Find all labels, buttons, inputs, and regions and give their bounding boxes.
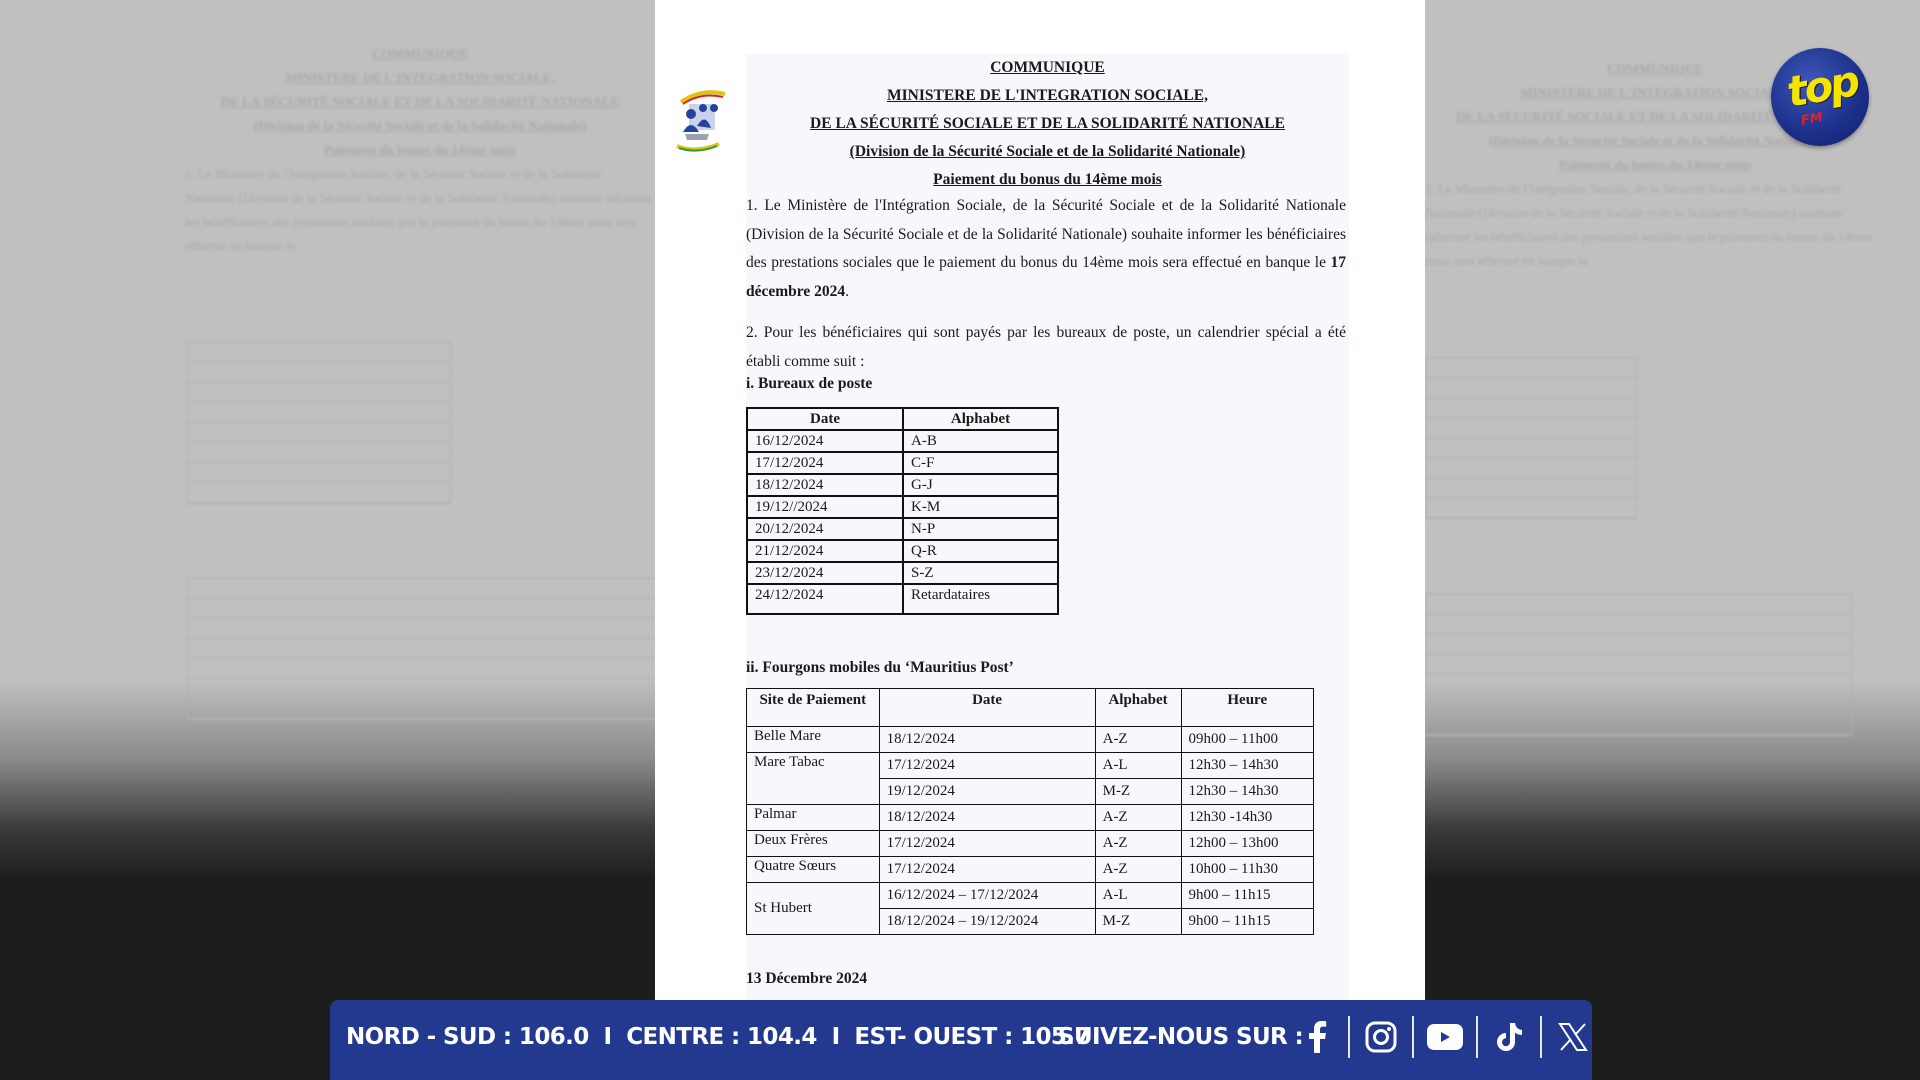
table-row: 16/12/2024A-B xyxy=(747,430,1058,452)
alphabet-cell: C-F xyxy=(903,452,1058,474)
date-cell: 17/12/2024 xyxy=(879,753,1095,779)
column-header-alphabet: Alphabet xyxy=(1095,689,1181,727)
site-cell: Deux Frères xyxy=(747,831,880,857)
date-cell: 18/12/2024 xyxy=(747,474,903,496)
ghost-line: (Division de la Sécurité Sociale et de l… xyxy=(185,114,655,138)
division-line: (Division de la Sécurité Sociale et de l… xyxy=(746,138,1349,166)
mobile-van-schedule-table: Site de Paiement Date Alphabet Heure Bel… xyxy=(746,688,1314,935)
table-row: 20/12/2024N-P xyxy=(747,518,1058,540)
post-office-schedule-table: Date Alphabet 16/12/2024A-B17/12/2024C-F… xyxy=(746,407,1059,615)
alphabet-cell: A-Z xyxy=(1095,857,1181,883)
table-row: Deux Frères17/12/2024A-Z12h00 – 13h00 xyxy=(747,831,1314,857)
heure-cell: 9h00 – 11h15 xyxy=(1181,883,1313,909)
alphabet-cell: N-P xyxy=(903,518,1058,540)
ghost-line: DE LA SÉCURITÉ SOCIALE ET DE LA SOLIDARI… xyxy=(185,90,655,114)
date-cell: 24/12/2024 xyxy=(747,584,903,614)
alphabet-cell: A-Z xyxy=(1095,727,1181,753)
alphabet-cell: M-Z xyxy=(1095,909,1181,935)
site-cell: Belle Mare xyxy=(747,727,880,753)
top-fm-logo-text: top xyxy=(1773,55,1870,119)
column-header-time: Heure xyxy=(1181,689,1313,727)
date-cell: 17/12/2024 xyxy=(879,831,1095,857)
date-cell: 17/12/2024 xyxy=(747,452,903,474)
heure-cell: 12h30 – 14h30 xyxy=(1181,779,1313,805)
column-header-alphabet: Alphabet xyxy=(903,408,1058,430)
paragraph-1-text: 1. Le Ministère de l'Intégration Sociale… xyxy=(746,197,1346,271)
date-cell: 18/12/2024 – 19/12/2024 xyxy=(879,909,1095,935)
ministry-line: MINISTERE DE L'INTEGRATION SOCIALE, xyxy=(746,82,1349,110)
table-row: 18/12/2024G-J xyxy=(747,474,1058,496)
ghost-line: Paiement du bonus du 14ème mois xyxy=(185,138,655,162)
subject-line: Paiement du bonus du 14ème mois xyxy=(746,166,1349,194)
alphabet-cell: Retardataires xyxy=(903,584,1058,614)
divider xyxy=(1540,1016,1542,1058)
blurred-table2-left xyxy=(187,578,659,720)
x-icon[interactable] xyxy=(1552,1017,1594,1057)
table-row: 19/12//2024K-M xyxy=(747,496,1058,518)
column-header-date: Date xyxy=(747,408,903,430)
paragraph-2: 2. Pour les bénéficiaires qui sont payés… xyxy=(746,319,1346,376)
heure-cell: 12h30 – 14h30 xyxy=(1181,753,1313,779)
ministry-logo-icon xyxy=(673,84,728,154)
divider xyxy=(1348,1016,1350,1058)
footer-banner: NORD - SUD : 106.0 I CENTRE : 104.4 I ES… xyxy=(330,1000,1592,1080)
radio-frequencies: NORD - SUD : 106.0 I CENTRE : 104.4 I ES… xyxy=(346,1024,1090,1050)
top-fm-logo-sub: FM xyxy=(1800,110,1824,129)
alphabet-cell: G-J xyxy=(903,474,1058,496)
social-links xyxy=(1296,1014,1594,1060)
youtube-icon[interactable] xyxy=(1424,1017,1466,1057)
date-cell: 16/12/2024 xyxy=(747,430,903,452)
date-cell: 20/12/2024 xyxy=(747,518,903,540)
site-cell: St Hubert xyxy=(747,883,880,935)
date-cell: 21/12/2024 xyxy=(747,540,903,562)
blurred-table-right xyxy=(1425,357,1637,519)
blurred-table2-right xyxy=(1425,594,1852,736)
ghost-line: MINISTERE DE L'INTEGRATION SOCIALE, xyxy=(185,66,655,90)
tiktok-icon[interactable] xyxy=(1488,1017,1530,1057)
heure-cell: 09h00 – 11h00 xyxy=(1181,727,1313,753)
site-cell: Palmar xyxy=(747,805,880,831)
date-cell: 18/12/2024 xyxy=(879,805,1095,831)
alphabet-cell: M-Z xyxy=(1095,779,1181,805)
table-row: St Hubert16/12/2024 – 17/12/2024A-L9h00 … xyxy=(747,883,1314,909)
blurred-table-left xyxy=(187,342,451,504)
table-row: 21/12/2024Q-R xyxy=(747,540,1058,562)
alphabet-cell: K-M xyxy=(903,496,1058,518)
alphabet-cell: A-B xyxy=(903,430,1058,452)
table-row: 24/12/2024Retardataires xyxy=(747,584,1058,614)
heure-cell: 9h00 – 11h15 xyxy=(1181,909,1313,935)
table-row: Mare Tabac17/12/2024A-L12h30 – 14h30 xyxy=(747,753,1314,779)
document-page: COMMUNIQUE MINISTERE DE L'INTEGRATION SO… xyxy=(655,0,1425,1000)
heure-cell: 12h30 -14h30 xyxy=(1181,805,1313,831)
date-cell: 23/12/2024 xyxy=(747,562,903,584)
alphabet-cell: A-L xyxy=(1095,883,1181,909)
follow-us-label: SUIVEZ-NOUS SUR : xyxy=(1058,1024,1303,1050)
column-header-date: Date xyxy=(879,689,1095,727)
table-header-row: Site de Paiement Date Alphabet Heure xyxy=(747,689,1314,727)
alphabet-cell: A-Z xyxy=(1095,805,1181,831)
communique: COMMUNIQUE MINISTERE DE L'INTEGRATION SO… xyxy=(746,54,1349,1004)
facebook-icon[interactable] xyxy=(1296,1017,1338,1057)
site-cell: Mare Tabac xyxy=(747,753,880,805)
table-row: Quatre Sœurs17/12/2024A-Z10h00 – 11h30 xyxy=(747,857,1314,883)
table-row: 23/12/2024S-Z xyxy=(747,562,1058,584)
paragraph-1-end: . xyxy=(845,283,849,300)
alphabet-cell: A-Z xyxy=(1095,831,1181,857)
ghost-line: COMMUNIQUE xyxy=(185,42,655,66)
ministry-line-2: DE LA SÉCURITÉ SOCIALE ET DE LA SOLIDARI… xyxy=(746,110,1349,138)
date-cell: 16/12/2024 – 17/12/2024 xyxy=(879,883,1095,909)
paragraph-1: 1. Le Ministère de l'Intégration Sociale… xyxy=(746,192,1346,306)
heure-cell: 10h00 – 11h30 xyxy=(1181,857,1313,883)
blurred-document-left: COMMUNIQUE MINISTERE DE L'INTEGRATION SO… xyxy=(185,42,655,258)
signature-date: 13 Décembre 2024 xyxy=(746,970,867,988)
ghost-line: Paiement du bonus du 14ème mois xyxy=(1425,153,1885,177)
instagram-icon[interactable] xyxy=(1360,1017,1402,1057)
table-row: Palmar18/12/2024A-Z12h30 -14h30 xyxy=(747,805,1314,831)
ghost-paragraph: 1. Le Ministère de l'Intégration Sociale… xyxy=(185,162,655,258)
top-fm-logo: top FM xyxy=(1771,48,1869,146)
divider xyxy=(1412,1016,1414,1058)
ghost-paragraph: 1. Le Ministère de l'Intégration Sociale… xyxy=(1425,177,1885,273)
date-cell: 19/12/2024 xyxy=(879,779,1095,805)
alphabet-cell: Q-R xyxy=(903,540,1058,562)
communique-header: COMMUNIQUE MINISTERE DE L'INTEGRATION SO… xyxy=(746,54,1349,194)
table-row: Belle Mare18/12/2024A-Z09h00 – 11h00 xyxy=(747,727,1314,753)
date-cell: 19/12//2024 xyxy=(747,496,903,518)
section-mobile-vans-title: ii. Fourgons mobiles du ‘Mauritius Post’ xyxy=(746,659,1014,677)
date-cell: 17/12/2024 xyxy=(879,857,1095,883)
section-post-offices-title: i. Bureaux de poste xyxy=(746,375,872,393)
site-cell: Quatre Sœurs xyxy=(747,857,880,883)
table-header-row: Date Alphabet xyxy=(747,408,1058,430)
alphabet-cell: S-Z xyxy=(903,562,1058,584)
table-row: 17/12/2024C-F xyxy=(747,452,1058,474)
column-header-site: Site de Paiement xyxy=(747,689,880,727)
date-cell: 18/12/2024 xyxy=(879,727,1095,753)
communique-title: COMMUNIQUE xyxy=(746,54,1349,82)
alphabet-cell: A-L xyxy=(1095,753,1181,779)
divider xyxy=(1476,1016,1478,1058)
heure-cell: 12h00 – 13h00 xyxy=(1181,831,1313,857)
